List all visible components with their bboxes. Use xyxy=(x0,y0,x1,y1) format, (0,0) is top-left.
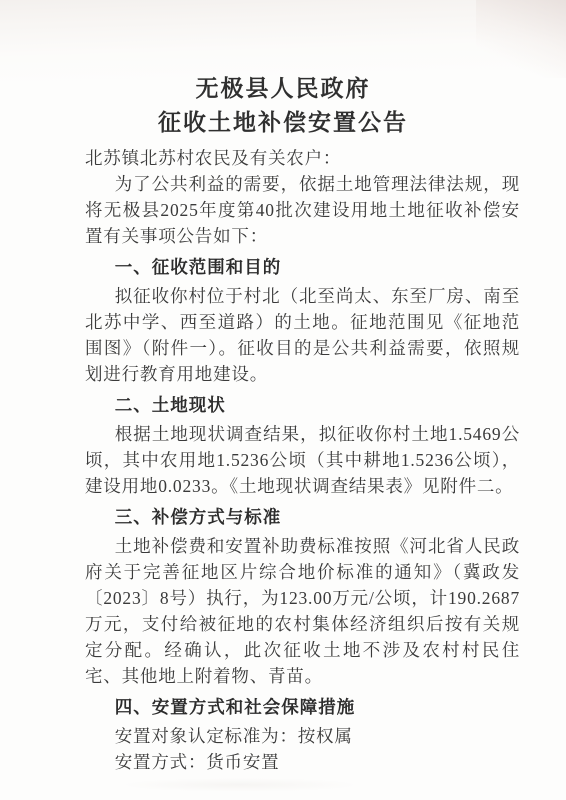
paragraph-intro: 为了公共利益的需要，依据土地管理法律法规，现将无极县2025年度第40批次建设用… xyxy=(85,171,520,249)
section-heading-compensation: 三、补偿方式与标准 xyxy=(85,504,520,530)
line-resettlement-method: 安置方式：货币安置 xyxy=(85,749,520,775)
title-subject-line: 征收土地补偿安置公告 xyxy=(0,106,566,140)
section-heading-land-status: 二、土地现状 xyxy=(85,392,520,418)
paragraph-scope: 拟征收你村位于村北（北至尚太、东至厂房、南至北苏中学、西至道路）的土地。征地范围… xyxy=(85,283,520,387)
scan-shadow-top-right xyxy=(476,0,566,78)
line-resettlement-target: 安置对象认定标准为：按权属 xyxy=(85,723,520,749)
scanned-document-page: 无极县人民政府 征收土地补偿安置公告 北苏镇北苏村农民及有关农户： 为了公共利益… xyxy=(0,0,566,800)
scan-smudge-bottom xyxy=(120,778,360,792)
section-heading-resettlement: 四、安置方式和社会保障措施 xyxy=(85,694,520,720)
paragraph-compensation: 土地补偿费和安置补助费标准按照《河北省人民政府关于完善征地区片综合地价标准的通知… xyxy=(85,533,520,689)
title-issuer-line: 无极县人民政府 xyxy=(0,72,566,106)
paragraph-land-status: 根据土地现状调查结果，拟征收你村土地1.5469公顷，其中农用地1.5236公顷… xyxy=(85,421,520,499)
section-heading-scope: 一、征收范围和目的 xyxy=(85,254,520,280)
salutation: 北苏镇北苏村农民及有关农户： xyxy=(85,145,520,171)
document-title: 无极县人民政府 征收土地补偿安置公告 xyxy=(0,72,566,140)
document-body: 北苏镇北苏村农民及有关农户： 为了公共利益的需要，依据土地管理法律法规，现将无极… xyxy=(0,145,566,775)
